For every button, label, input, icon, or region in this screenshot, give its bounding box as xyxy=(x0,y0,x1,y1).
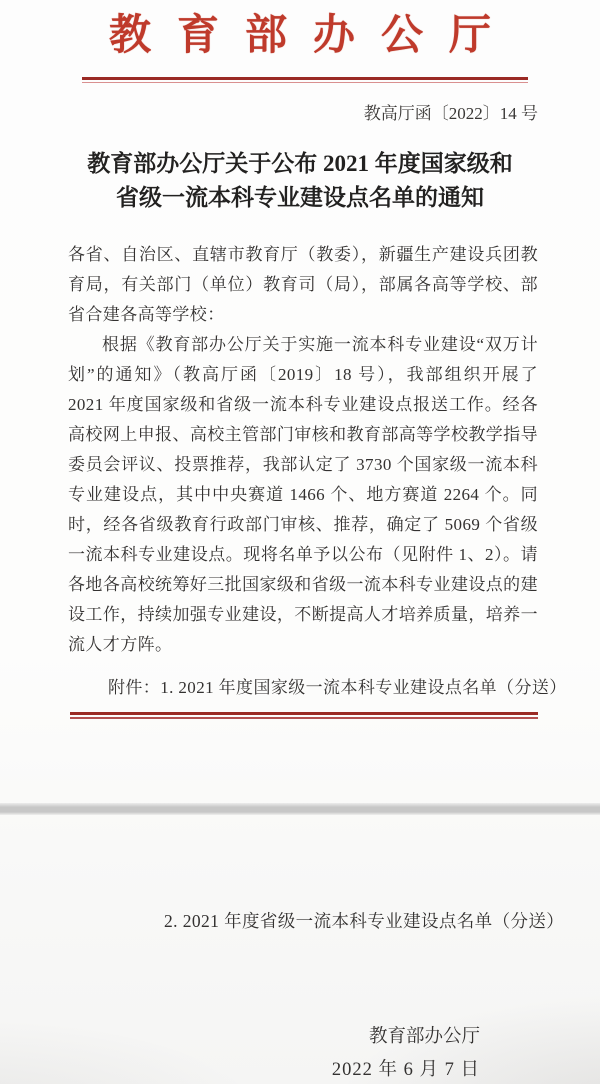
footer-rule-thick xyxy=(70,712,538,715)
letterhead-rule-thin xyxy=(82,82,528,83)
notice-title-line1: 教育部办公厅关于公布 2021 年度国家级和 xyxy=(0,147,600,181)
letterhead-rule-thick xyxy=(82,77,528,80)
letterhead-rule xyxy=(82,77,528,83)
signer-name: 教育部办公厅 xyxy=(0,1021,480,1054)
attachment-item-2: 2. 2021 年度省级一流本科专业建设点名单（分送） xyxy=(0,909,600,933)
letterhead-title: 教育部办公厅 xyxy=(0,0,600,62)
attachment-item-1: 附件：1. 2021 年度国家级一流本科专业建设点名单（分送） xyxy=(0,673,600,703)
notice-title-line2: 省级一流本科专业建设点名单的通知 xyxy=(0,181,600,215)
notice-body: 各省、自治区、直辖市教育厅（教委），新疆生产建设兵团教育局，有关部门（单位）教育… xyxy=(0,240,600,660)
salutation: 各省、自治区、直辖市教育厅（教委），新疆生产建设兵团教育局，有关部门（单位）教育… xyxy=(68,240,538,330)
page-separator xyxy=(0,803,600,815)
document-photo: 教育部办公厅 教高厅函〔2022〕14 号 教育部办公厅关于公布 2021 年度… xyxy=(0,0,600,1084)
signature-date: 2022 年 6 月 7 日 xyxy=(0,1054,480,1084)
body-paragraph: 根据《教育部办公厅关于实施一流本科专业建设“双万计划”的通知》（教高厅函〔201… xyxy=(68,330,538,660)
signature-block: 教育部办公厅 2022 年 6 月 7 日 xyxy=(0,1021,600,1084)
footer-rule xyxy=(70,712,538,719)
notice-title: 教育部办公厅关于公布 2021 年度国家级和 省级一流本科专业建设点名单的通知 xyxy=(0,147,600,215)
footer-rule-thin xyxy=(70,717,538,719)
document-number: 教高厅函〔2022〕14 号 xyxy=(0,104,600,124)
